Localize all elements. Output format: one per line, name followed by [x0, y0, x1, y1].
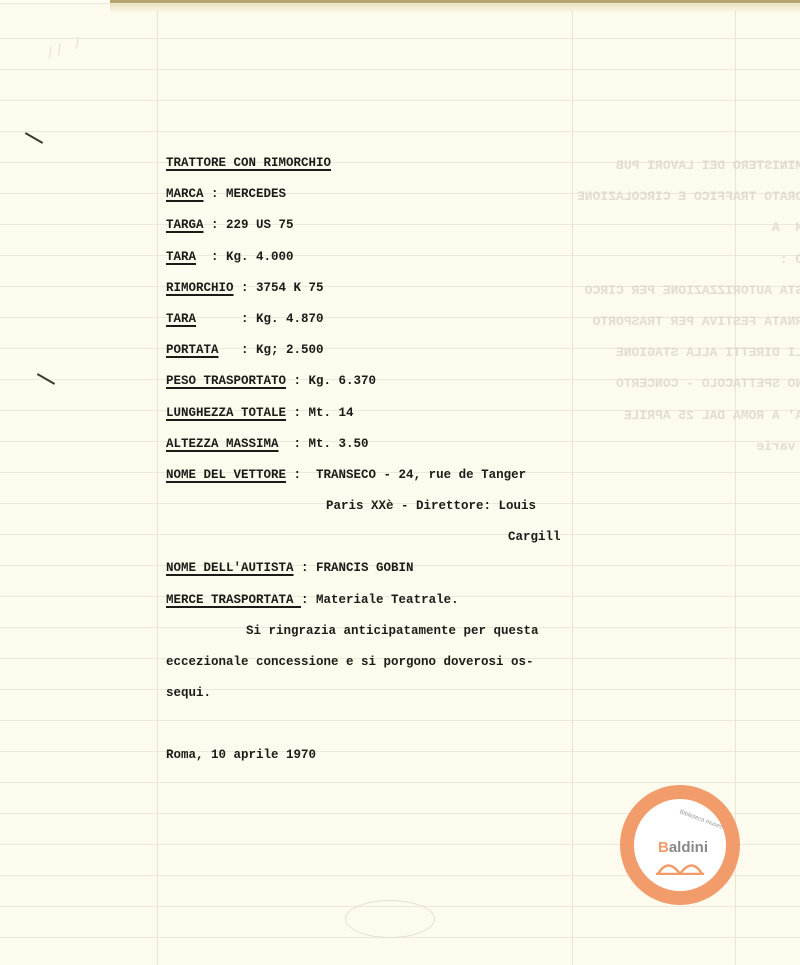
field-sep: :: [294, 561, 317, 575]
vettore-continuation: Paris XXè - Direttore: Louis: [166, 491, 566, 522]
field-value: Kg. 4.870: [256, 312, 324, 326]
field-label: LUNGHEZZA TOTALE: [166, 406, 286, 420]
heading-text: TRATTORE CON RIMORCHIO: [166, 156, 331, 170]
field-value: Kg. 4.000: [226, 250, 294, 264]
field-value: Materiale Teatrale.: [316, 593, 459, 607]
field-value: Mt. 14: [309, 406, 354, 420]
heading: TRATTORE CON RIMORCHIO: [166, 148, 566, 179]
field-sep: :: [286, 468, 316, 482]
field-label: PORTATA: [166, 343, 219, 357]
field-merce: MERCE TRASPORTATA : Materiale Teatrale.: [166, 585, 566, 616]
field-value: Kg; 2.500: [256, 343, 324, 357]
field-label: MARCA: [166, 187, 204, 201]
field-row: TARA : Kg. 4.000: [166, 242, 566, 273]
field-row: RIMORCHIO : 3754 K 75: [166, 273, 566, 304]
field-sep: :: [204, 218, 227, 232]
field-sep: :: [196, 250, 226, 264]
field-label: TARGA: [166, 218, 204, 232]
brand-initial: B: [658, 839, 669, 856]
field-label: MERCE TRASPORTATA: [166, 593, 301, 607]
field-value: Kg. 6.370: [309, 374, 377, 388]
field-label: NOME DELL'AUTISTA: [166, 561, 294, 575]
field-row: PORTATA : Kg; 2.500: [166, 335, 566, 366]
stamp-small-text: Biblioteca museo: [678, 809, 723, 831]
field-value: MERCEDES: [226, 187, 286, 201]
brand-rest: aldini: [669, 839, 708, 856]
field-label: TARA: [166, 250, 196, 264]
field-row: LUNGHEZZA TOTALE : Mt. 14: [166, 398, 566, 429]
field-label: TARA: [166, 312, 196, 326]
field-value: 3754 K 75: [256, 281, 324, 295]
date-line: Roma, 10 aprile 1970: [166, 740, 566, 771]
stamp-brand: Baldini: [658, 839, 708, 856]
field-sep: :: [234, 281, 257, 295]
closing-line: eccezionale concessione e si porgono dov…: [166, 647, 566, 678]
document-body: TRATTORE CON RIMORCHIO MARCA : MERCEDEST…: [166, 148, 566, 772]
field-row: TARA : Kg. 4.870: [166, 304, 566, 335]
field-label: RIMORCHIO: [166, 281, 234, 295]
field-row: ALTEZZA MASSIMA : Mt. 3.50: [166, 429, 566, 460]
field-label: ALTEZZA MASSIMA: [166, 437, 279, 451]
field-label: NOME DEL VETTORE: [166, 468, 286, 482]
field-sep: :: [286, 374, 309, 388]
field-autista: NOME DELL'AUTISTA : FRANCIS GOBIN: [166, 553, 566, 584]
field-sep: :: [279, 437, 309, 451]
margin-line: [157, 10, 158, 965]
field-value: TRANSECO - 24, rue de Tanger: [316, 468, 526, 482]
field-row: PESO TRASPORTATO : Kg. 6.370: [166, 366, 566, 397]
field-sep: :: [219, 343, 257, 357]
faded-stamp: [345, 900, 435, 938]
open-book-icon: [656, 859, 704, 875]
closing-line: sequi.: [166, 678, 566, 709]
field-sep: :: [204, 187, 227, 201]
field-sep: :: [301, 593, 316, 607]
vettore-continuation: Cargill: [166, 522, 566, 553]
field-row: TARGA : 229 US 75: [166, 210, 566, 241]
field-sep: :: [286, 406, 309, 420]
field-label: PESO TRASPORTATO: [166, 374, 286, 388]
library-stamp-logo: Biblioteca museo Baldini: [620, 785, 740, 905]
field-value: FRANCIS GOBIN: [316, 561, 414, 575]
field-value: Mt. 3.50: [309, 437, 369, 451]
closing-line: Si ringrazia anticipatamente per questa: [166, 616, 566, 647]
field-sep: :: [196, 312, 256, 326]
field-row: NOME DEL VETTORE : TRANSECO - 24, rue de…: [166, 460, 566, 491]
field-value: 229 US 75: [226, 218, 294, 232]
field-row: MARCA : MERCEDES: [166, 179, 566, 210]
